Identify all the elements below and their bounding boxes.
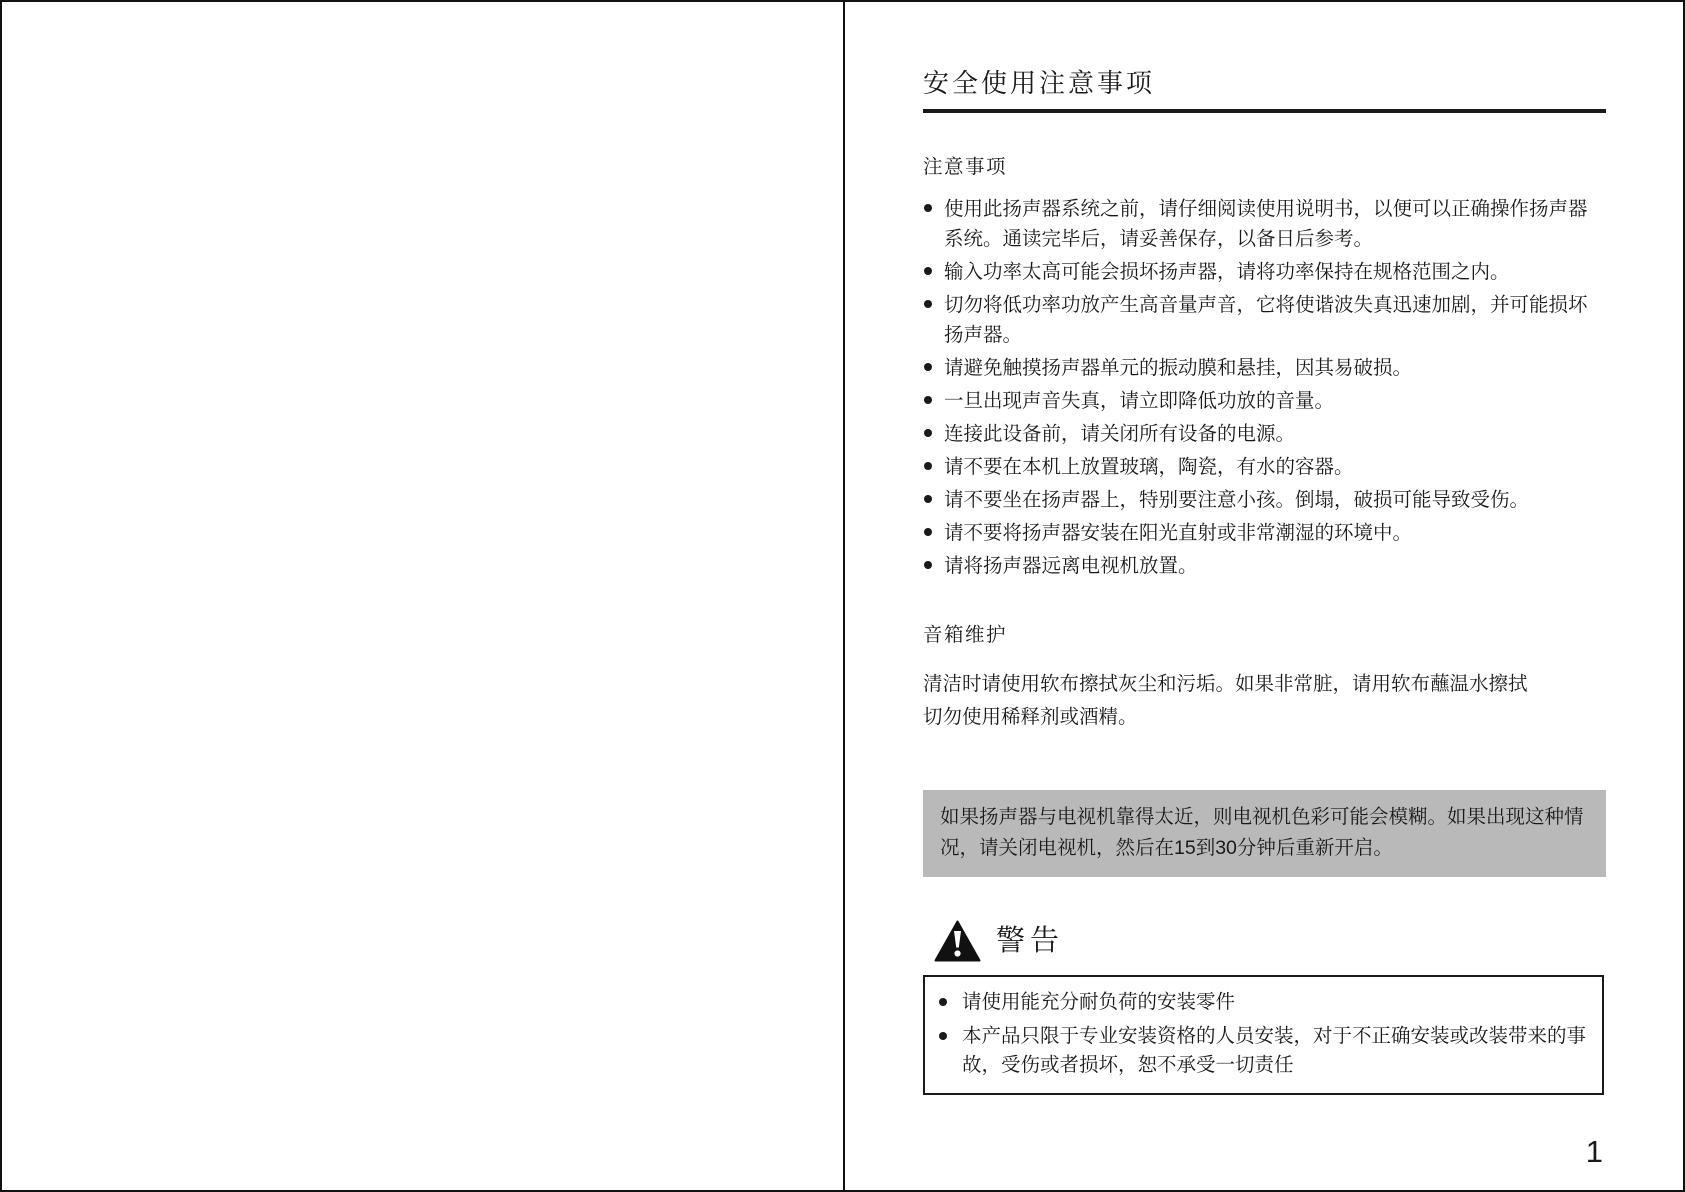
list-item-text: 连接此设备前，请关闭所有设备的电源。 bbox=[944, 423, 1295, 445]
bullet-icon bbox=[939, 998, 947, 1006]
warning-item: 请使用能充分耐负荷的安装零件 bbox=[925, 988, 1588, 1017]
list-item: 连接此设备前，请关闭所有设备的电源。 bbox=[923, 419, 1606, 449]
bullet-icon bbox=[924, 204, 932, 212]
list-item-text: 请不要将扬声器安装在阳光直射或非常潮湿的环境中。 bbox=[944, 522, 1412, 544]
precautions-heading: 注意事项 bbox=[923, 155, 1606, 179]
warning-header: 警告 bbox=[934, 920, 1606, 962]
bullet-icon bbox=[939, 1032, 947, 1040]
bullet-icon bbox=[924, 300, 932, 308]
list-item: 一旦出现声音失真，请立即降低功放的音量。 bbox=[923, 386, 1606, 416]
bullet-icon bbox=[924, 561, 932, 569]
list-item: 切勿将低功率功放产生高音量声音，它将使谐波失真迅速加剧，并可能损坏扬声器。 bbox=[923, 290, 1606, 350]
page-divider bbox=[843, 2, 845, 1190]
warning-item-text: 本产品只限于专业安装资格的人员安装，对于不正确安装或改装带来的事故，受伤或者损坏… bbox=[962, 1025, 1586, 1076]
safety-page: 安全使用注意事项 注意事项 使用此扬声器系统之前，请仔细阅读使用说明书，以便可以… bbox=[923, 2, 1606, 1190]
bullet-icon bbox=[924, 267, 932, 275]
bullet-icon bbox=[924, 495, 932, 503]
warning-item: 本产品只限于专业安装资格的人员安装，对于不正确安装或改装带来的事故，受伤或者损坏… bbox=[925, 1022, 1588, 1080]
list-item-text: 切勿将低功率功放产生高音量声音，它将使谐波失真迅速加剧，并可能损坏扬声器。 bbox=[944, 294, 1588, 346]
warning-label: 警告 bbox=[996, 920, 1064, 962]
list-item: 请不要将扬声器安装在阳光直射或非常潮湿的环境中。 bbox=[923, 518, 1606, 548]
bullet-icon bbox=[924, 462, 932, 470]
list-item: 使用此扬声器系统之前，请仔细阅读使用说明书，以便可以正确操作扬声器系统。通读完毕… bbox=[923, 194, 1606, 254]
bullet-icon bbox=[924, 429, 932, 437]
tv-notice-box: 如果扬声器与电视机靠得太近，则电视机色彩可能会模糊。如果出现这种情况，请关闭电视… bbox=[923, 790, 1606, 877]
list-item: 请将扬声器远离电视机放置。 bbox=[923, 551, 1606, 581]
list-item: 请不要在本机上放置玻璃，陶瓷，有水的容器。 bbox=[923, 452, 1606, 482]
bullet-icon bbox=[924, 363, 932, 371]
maintenance-heading: 音箱维护 bbox=[923, 623, 1606, 647]
maintenance-body: 清洁时请使用软布擦拭灰尘和污垢。如果非常脏，请用软布蘸温水擦拭 切勿使用稀释剂或… bbox=[923, 668, 1606, 734]
list-item-text: 请将扬声器远离电视机放置。 bbox=[944, 555, 1198, 577]
blank-left-page bbox=[2, 2, 843, 1190]
list-item-text: 输入功率太高可能会损坏扬声器，请将功率保持在规格范围之内。 bbox=[944, 261, 1510, 283]
manual-spread: 安全使用注意事项 注意事项 使用此扬声器系统之前，请仔细阅读使用说明书，以便可以… bbox=[0, 0, 1685, 1192]
list-item-text: 请避免触摸扬声器单元的振动膜和悬挂，因其易破损。 bbox=[944, 357, 1412, 379]
list-item-text: 请不要在本机上放置玻璃，陶瓷，有水的容器。 bbox=[944, 456, 1354, 478]
list-item-text: 请不要坐在扬声器上，特别要注意小孩。倒塌，破损可能导致受伤。 bbox=[944, 489, 1529, 511]
tv-notice-text: 如果扬声器与电视机靠得太近，则电视机色彩可能会模糊。如果出现这种情况，请关闭电视… bbox=[940, 802, 1589, 864]
warning-item-text: 请使用能充分耐负荷的安装零件 bbox=[962, 991, 1235, 1013]
warning-list: 请使用能充分耐负荷的安装零件 本产品只限于专业安装资格的人员安装，对于不正确安装… bbox=[925, 988, 1588, 1080]
list-item-text: 使用此扬声器系统之前，请仔细阅读使用说明书，以便可以正确操作扬声器系统。通读完毕… bbox=[944, 198, 1588, 250]
page-number: 1 bbox=[923, 1134, 1603, 1170]
list-item: 输入功率太高可能会损坏扬声器，请将功率保持在规格范围之内。 bbox=[923, 257, 1606, 287]
list-item: 请避免触摸扬声器单元的振动膜和悬挂，因其易破损。 bbox=[923, 353, 1606, 383]
bullet-icon bbox=[924, 528, 932, 536]
warning-box: 请使用能充分耐负荷的安装零件 本产品只限于专业安装资格的人员安装，对于不正确安装… bbox=[923, 975, 1604, 1095]
bullet-icon bbox=[924, 396, 932, 404]
warning-triangle-icon bbox=[934, 920, 981, 962]
list-item-text: 一旦出现声音失真，请立即降低功放的音量。 bbox=[944, 390, 1334, 412]
precautions-list: 使用此扬声器系统之前，请仔细阅读使用说明书，以便可以正确操作扬声器系统。通读完毕… bbox=[923, 194, 1606, 581]
page-title: 安全使用注意事项 bbox=[923, 68, 1606, 113]
list-item: 请不要坐在扬声器上，特别要注意小孩。倒塌，破损可能导致受伤。 bbox=[923, 485, 1606, 515]
